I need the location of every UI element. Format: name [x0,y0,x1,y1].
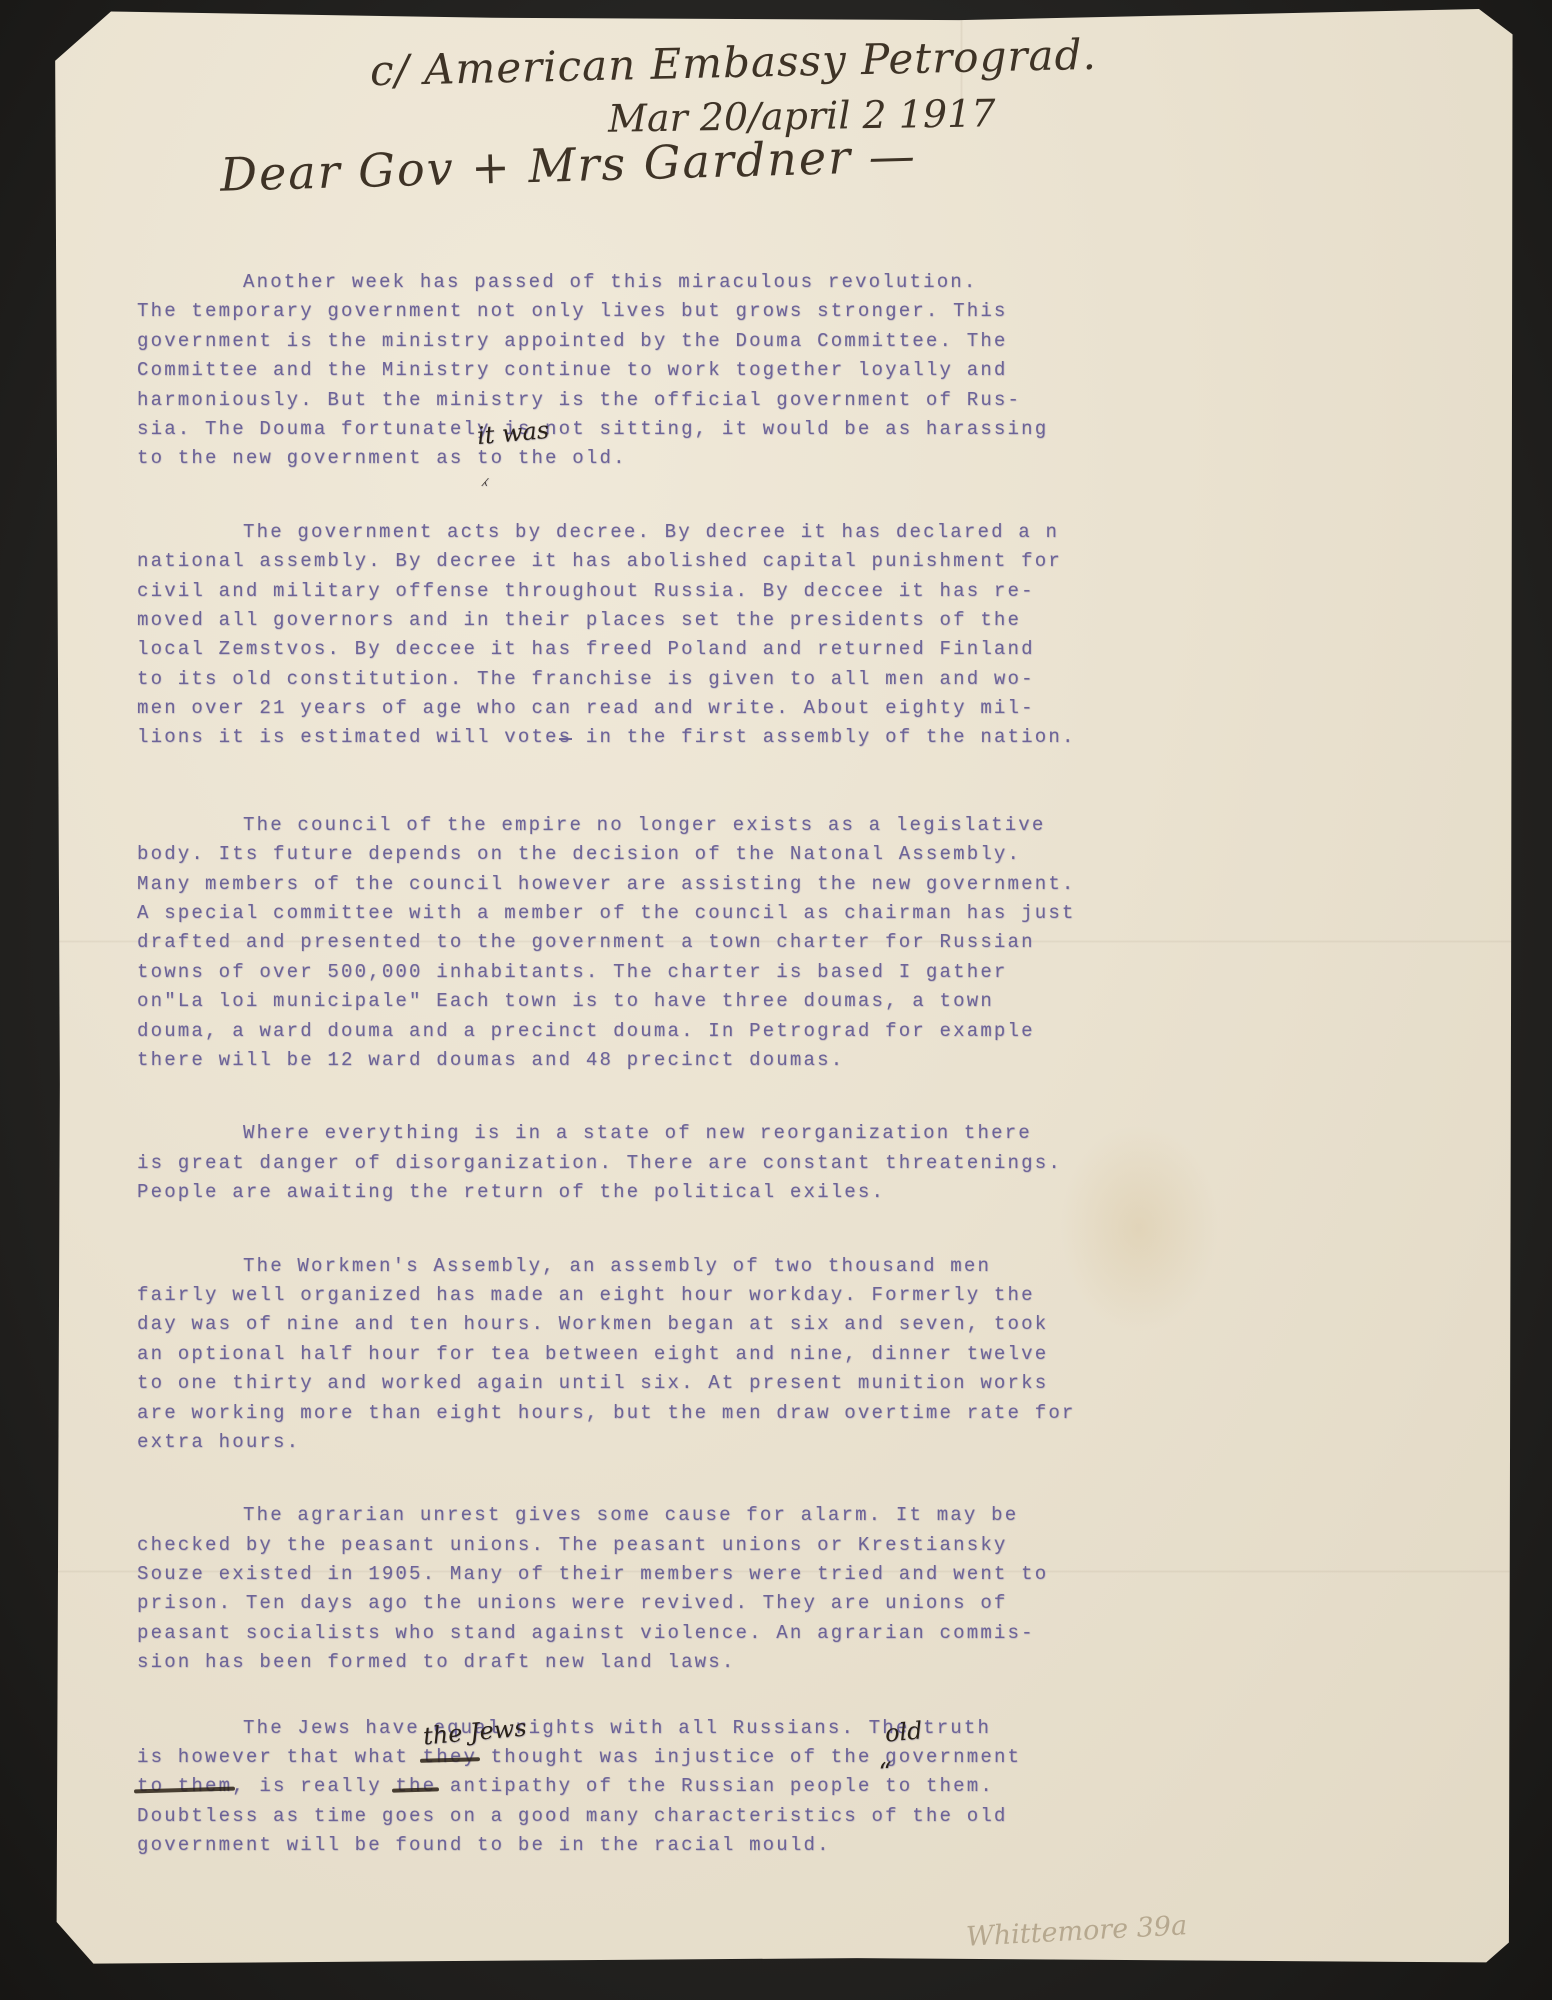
typed-paragraph: Another week has passed of this miraculo… [137,268,1127,474]
typed-paragraph: The Jews have equal rights with all Russ… [137,1714,1127,1861]
typed-line: The government acts by decree. By decree… [137,518,1127,547]
handwritten-insertion: the Jews [422,1716,527,1749]
typed-line: extra hours. [137,1428,1127,1457]
typed-line: local Zemstvos. By deccee it has freed P… [137,635,1127,664]
typed-line: lions it is estimated will votes in the … [137,723,1127,752]
typed-text: to theit was⁁ [477,444,559,473]
scanned-letter-page: c/ American Embassy Petrograd. Mar 20/ap… [0,0,1552,2000]
typed-line: People are awaiting the return of the po… [137,1178,1127,1207]
typed-line: The agrarian unrest gives some cause for… [137,1501,1127,1530]
typed-line: The Workmen's Assembly, an assembly of t… [137,1252,1127,1281]
typed-line: Committee and the Ministry continue to w… [137,356,1127,385]
typed-line: is however that what theythe Jews though… [137,1743,1127,1772]
struck-text: to them [137,1772,232,1801]
overtyped-text: s [559,723,573,752]
typed-paragraph: The agrarian unrest gives some cause for… [137,1501,1127,1677]
typed-line: sion has been formed to draft new land l… [137,1648,1127,1677]
typed-line: on"La loi municipale" Each town is to ha… [137,987,1127,1016]
typed-line: Souze existed in 1905. Many of their mem… [137,1560,1127,1589]
struck-text: theythe Jews [423,1743,477,1772]
typed-line: government is the ministry appointed by … [137,327,1127,356]
typed-line: peasant socialists who stand against vio… [137,1619,1127,1648]
typed-line: body. Its future depends on the decision… [137,840,1127,869]
typed-line: are working more than eight hours, but t… [137,1399,1127,1428]
typed-paragraph: The Workmen's Assembly, an assembly of t… [137,1252,1127,1458]
typed-line: drafted and presented to the government … [137,928,1127,957]
typed-line: sia. The Douma fortunately is not sittin… [137,415,1127,444]
typed-line: Many members of the council however are … [137,870,1127,899]
typed-line: Where everything is in a state of new re… [137,1119,1127,1148]
typed-line: there will be 12 ward doumas and 48 prec… [137,1046,1127,1075]
handwritten-insertion: old [884,1718,923,1745]
typed-line: checked by the peasant unions. The peasa… [137,1531,1127,1560]
typed-paragraph: The council of the empire no longer exis… [137,811,1127,1076]
typed-line: civil and military offense throughout Ru… [137,577,1127,606]
typed-line: national assembly. By decree it has abol… [137,547,1127,576]
typed-paragraph: Where everything is in a state of new re… [137,1119,1127,1207]
typed-line: towns of over 500,000 inhabitants. The c… [137,958,1127,987]
typed-text: governmentold [885,1743,1021,1772]
typed-line: government will be found to be in the ra… [137,1831,1127,1860]
handwritten-insertion: it was [476,418,550,448]
typed-line: douma, a ward douma and a precinct douma… [137,1017,1127,1046]
typed-line: A special committee with a member of the… [137,899,1127,928]
typed-text: to them.“ [885,1772,994,1801]
typed-line: is great danger of disorganization. Ther… [137,1149,1127,1178]
typed-line: to the new government as to theit was⁁ o… [137,444,1127,473]
typed-line: men over 21 years of age who can read an… [137,694,1127,723]
typed-line: moved all governors and in their places … [137,606,1127,635]
typed-line: day was of nine and ten hours. Workmen b… [137,1310,1127,1339]
handwritten-insertion: “ [878,1760,894,1787]
typed-line: Another week has passed of this miraculo… [137,268,1127,297]
typed-line: The Jews have equal rights with all Russ… [137,1714,1127,1743]
typed-line: to one thirty and worked again until six… [137,1369,1127,1398]
typed-line: The council of the empire no longer exis… [137,811,1127,840]
typed-paragraph: The government acts by decree. By decree… [137,518,1127,753]
typed-line: The temporary government not only lives … [137,297,1127,326]
typed-line: prison. Ten days ago the unions were rev… [137,1589,1127,1618]
typed-letter-body: Another week has passed of this miraculo… [137,268,1127,1905]
typed-line: Doubtless as time goes on a good many ch… [137,1802,1127,1831]
typed-line: harmoniously. But the ministry is the of… [137,386,1127,415]
typed-line: an optional half hour for tea between ei… [137,1340,1127,1369]
struck-text: the [395,1772,436,1801]
typed-line: to its old constitution. The franchise i… [137,665,1127,694]
typed-line: fairly well organized has made an eight … [137,1281,1127,1310]
insertion-caret: ⁁ [483,469,487,486]
typed-line: to them, is really the antipathy of the … [137,1772,1127,1801]
